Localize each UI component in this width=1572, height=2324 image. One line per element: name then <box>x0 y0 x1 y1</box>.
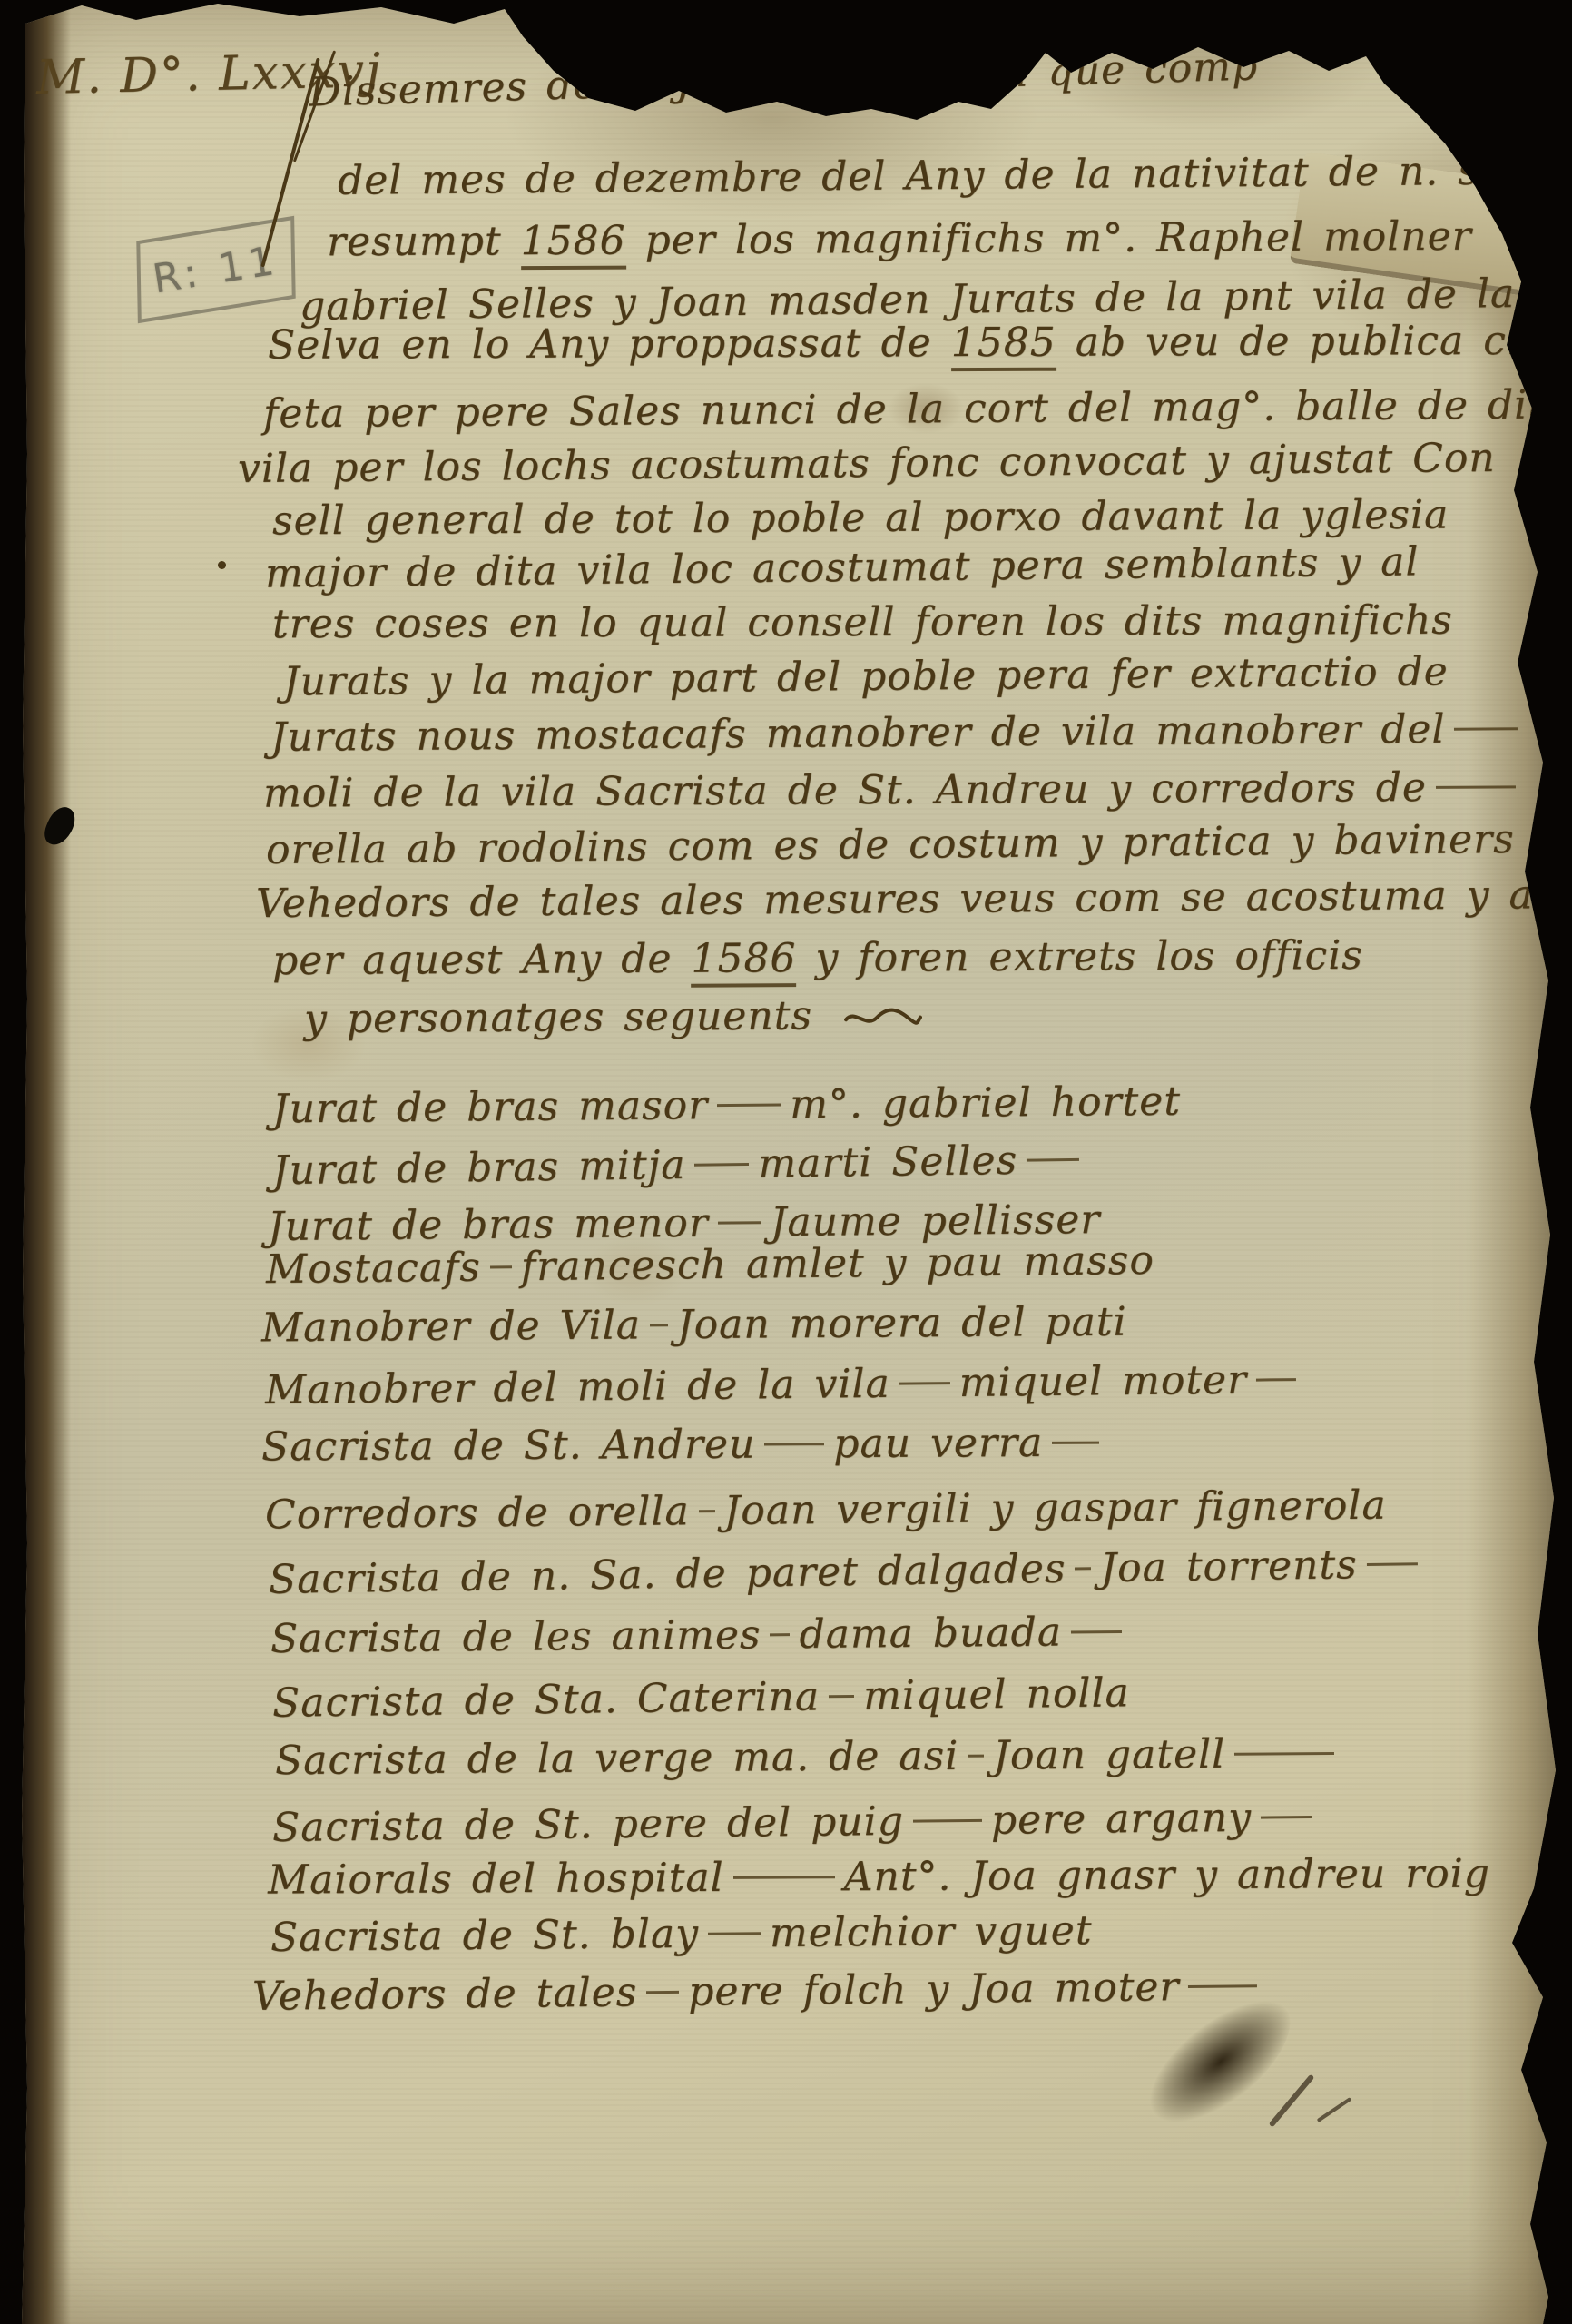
line-text: moli de la vila Sacrista de St. Andreu y… <box>263 764 1427 817</box>
roster-line: Sacrista de les animesdama buada <box>270 1609 1131 1662</box>
office-title: Sacrista de St. pere del puig <box>272 1798 904 1851</box>
manuscript-line: resumpt 1586 per los magnifichs m°. Raph… <box>327 213 1472 266</box>
underlined-year: 1586 <box>691 935 796 988</box>
manuscript-line: Dissemres de S. Joan evangelista que com… <box>308 43 1258 115</box>
connector-stroke <box>913 1819 982 1823</box>
connector-stroke <box>717 1103 781 1107</box>
office-title: Sacrista de les animes <box>270 1611 761 1662</box>
roster-line: Jurat de bras mitjamarti Selles <box>272 1137 1089 1195</box>
official-name: marti Selles <box>758 1137 1017 1187</box>
flourish-squiggle <box>844 1006 922 1030</box>
roster-line: Sacrista de n. Sa. de paret dalgadesJoa … <box>269 1541 1427 1603</box>
manuscript-line: Vehedors de tales ales mesures veus com … <box>256 871 1572 927</box>
office-title: Mostacafs <box>266 1245 481 1293</box>
ink-flick <box>1317 2097 1352 2122</box>
office-title: Vehedors de tales <box>252 1969 638 2019</box>
office-title: Sacrista de n. Sa. de paret dalgades <box>269 1546 1066 1603</box>
official-name: miquel nolla <box>863 1669 1130 1719</box>
roster-line: Jurat de bras masorm°. gabriel hortet <box>272 1078 1181 1133</box>
trailing-stroke <box>1188 1984 1257 1988</box>
trailing-stroke <box>1436 785 1516 788</box>
official-name: pere argany <box>991 1795 1253 1844</box>
manuscript-line: sell general de tot lo poble al porxo da… <box>272 492 1449 545</box>
official-name: Joan vergili y gaspar fignerola <box>723 1482 1386 1534</box>
manuscript-line: major de dita vila loc acostumat pera se… <box>265 538 1420 596</box>
connector-stroke <box>770 1633 790 1636</box>
official-name: francesch amlet y pau masso <box>521 1237 1155 1290</box>
official-name: Joan gatell <box>993 1731 1225 1779</box>
office-title: Manobrer del moli de la vila <box>265 1361 890 1413</box>
office-title: Sacrista de St. Andreu <box>261 1422 756 1471</box>
office-title: Jurat de bras mitja <box>272 1142 686 1194</box>
connector-stroke <box>733 1876 835 1879</box>
ink-dot <box>218 561 226 569</box>
manuscript-line: orella ab rodolins com es de costum y pr… <box>266 816 1515 873</box>
trailing-stroke <box>1261 1816 1312 1819</box>
roster-line: Corredors de orellaJoan vergili y gaspar… <box>265 1482 1387 1539</box>
line-text: Jurats nous mostacafs manobrer de vila m… <box>270 706 1446 761</box>
photo-backdrop: R: 11 M. D°. Lxxxvj Dissemres de S. Joan… <box>0 0 1572 2324</box>
office-title: Manobrer de Vila <box>261 1302 641 1351</box>
connector-stroke <box>968 1755 984 1758</box>
connector-stroke <box>899 1382 950 1385</box>
manuscript-line: Jurats y la major part del poble pera fe… <box>283 648 1449 704</box>
connector-stroke <box>694 1163 749 1167</box>
connector-stroke <box>1075 1567 1091 1570</box>
underlined-year: 1585 <box>951 320 1056 371</box>
ink-flick <box>1269 2073 1315 2127</box>
connector-stroke <box>646 1991 679 1994</box>
trailing-stroke <box>1052 1442 1099 1444</box>
official-name: Ant°. Joa gnasr y andreu roig <box>844 1850 1490 1900</box>
binding-edge <box>0 0 71 2324</box>
line-text: per los magnifichs m°. Raphel molner <box>625 213 1471 264</box>
official-name: dama buada <box>799 1610 1062 1659</box>
roster-line: Sacrista de St. blaymelchior vguet <box>270 1907 1093 1961</box>
line-text: y personatges seguents <box>304 992 812 1042</box>
manuscript-line: y personatges seguents <box>304 992 922 1043</box>
roster-line: Sacrista de la verge ma. de asiJoan gate… <box>275 1730 1343 1784</box>
trailing-stroke <box>1367 1562 1418 1566</box>
office-title: Jurat de bras masor <box>272 1082 709 1132</box>
connector-stroke <box>490 1265 512 1268</box>
trailing-stroke <box>1027 1158 1079 1162</box>
manuscript-page: R: 11 M. D°. Lxxxvj Dissemres de S. Joan… <box>0 0 1572 2324</box>
official-name: miquel moter <box>958 1357 1247 1406</box>
trailing-stroke <box>1234 1752 1334 1756</box>
manuscript-line: tres coses en lo qual consell foren los … <box>272 597 1453 648</box>
connector-stroke <box>650 1324 668 1326</box>
line-text: per aquest Any de <box>272 936 692 984</box>
office-title: Sacrista de St. blay <box>270 1911 699 1961</box>
line-text: Selva en lo Any proppassat de <box>268 320 951 369</box>
official-name: Joa torrents <box>1100 1541 1358 1591</box>
office-title: Maiorals del hospital <box>268 1855 724 1904</box>
roster-line: Sacrista de St. Andreupau verra <box>261 1420 1108 1471</box>
trailing-stroke <box>1256 1378 1296 1381</box>
official-name: Joan morera del pati <box>677 1299 1127 1348</box>
line-text: resumpt <box>327 218 521 265</box>
office-title: Sacrista de la verge ma. de asi <box>275 1733 959 1784</box>
line-text: feta per pere Sales nunci de la cort del… <box>263 381 1569 437</box>
roster-line: Vehedors de talespere folch y Joa moter <box>252 1963 1267 2020</box>
roster-line: Maiorals del hospitalAnt°. Joa gnasr y a… <box>268 1850 1490 1903</box>
connector-stroke <box>699 1510 715 1512</box>
connector-stroke <box>708 1932 761 1935</box>
roster-line: Sacrista de St. pere del puigpere argany <box>272 1794 1321 1851</box>
roster-line: Mostacafsfrancesch amlet y pau masso <box>266 1237 1154 1293</box>
roster-line: Manobrer de VilaJoan morera del pati <box>261 1299 1127 1352</box>
official-name: m°. gabriel hortet <box>790 1078 1181 1128</box>
connector-stroke <box>764 1443 824 1445</box>
official-name: pere folch y Joa moter <box>688 1964 1180 2015</box>
trailing-stroke <box>1071 1630 1122 1633</box>
manuscript-line: Selva en lo Any proppassat de 1585 ab ve… <box>268 317 1572 368</box>
manuscript-line: per aquest Any de 1586 y foren extrets l… <box>272 932 1363 984</box>
manuscript-line: vila per los lochs acostumats fonc convo… <box>238 435 1496 492</box>
connector-stroke <box>718 1221 761 1224</box>
connector-stroke <box>829 1695 854 1698</box>
worm-hole <box>1 576 23 607</box>
manuscript-line: moli de la vila Sacrista de St. Andreu y… <box>263 763 1525 816</box>
roster-line: Sacrista de Sta. Caterinamiquel nolla <box>272 1669 1130 1727</box>
underlined-year: 1586 <box>520 218 625 271</box>
trailing-stroke <box>1454 727 1518 730</box>
official-name: pau verra <box>833 1420 1043 1467</box>
roster-line: Manobrer del moli de la vilamiquel moter <box>265 1356 1306 1413</box>
line-text: ab veu de publica crida <box>1056 318 1572 366</box>
line-text: y foren extrets los officis <box>796 932 1363 981</box>
office-title: Sacrista de Sta. Caterina <box>272 1673 820 1726</box>
manuscript-line: Jurats nous mostacafs manobrer de vila m… <box>270 705 1528 761</box>
official-name: melchior vguet <box>770 1907 1093 1956</box>
archive-stamp-label: R: 11 <box>150 237 281 302</box>
manuscript-line: feta per pere Sales nunci de la cort del… <box>263 381 1572 438</box>
office-title: Corredors de orella <box>265 1488 690 1538</box>
